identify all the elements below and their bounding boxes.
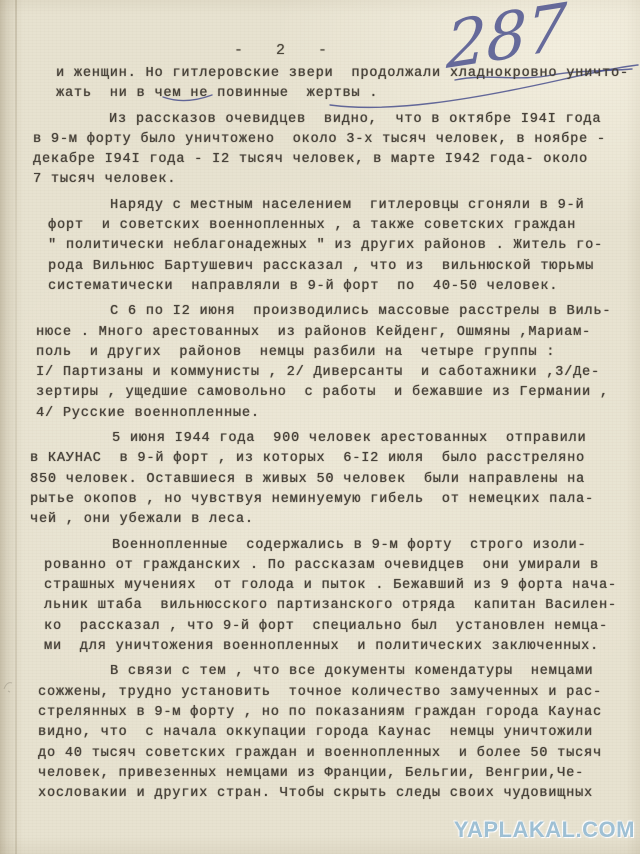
typed-line: льник штаба вильнюсского партизанского о… xyxy=(44,596,616,616)
typed-line: 850 человек. Оставшиеся в живых 50 челов… xyxy=(30,470,616,490)
typed-line: рытье окопов , но чувствуя неминуемую ги… xyxy=(30,490,616,510)
paragraph-6: Военнопленные содержались в 9-м форту ст… xyxy=(44,536,616,658)
paragraph-1: и женщин. Но гитлеровские звери продолжа… xyxy=(56,64,616,105)
paragraph-3: Наряду с местным населением гитлеровцы с… xyxy=(48,196,616,297)
typed-line: Наряду с местным населением гитлеровцы с… xyxy=(48,196,616,216)
typed-line: страшных мучениях от голода и пыток . Бе… xyxy=(44,576,616,596)
paragraph-7: В связи с тем , что все документы коменд… xyxy=(38,662,616,804)
typed-line: систематически направляли в 9-й форт по … xyxy=(48,277,616,297)
typed-line: рода Вильнюс Бартушевич рассказал , что … xyxy=(48,257,616,277)
typed-line: сожжены, трудно установить точное количе… xyxy=(38,683,616,703)
typed-line: и женщин. Но гитлеровские звери продолжа… xyxy=(56,64,616,84)
typed-line: нюсе . Много арестованных из районов Кей… xyxy=(36,323,616,343)
typed-line: до 40 тысяч советских граждан и военнопл… xyxy=(38,744,616,764)
typed-line: форт и советских военнопленных , а также… xyxy=(48,216,616,236)
paragraph-5: 5 июня I944 года 900 человек арестованны… xyxy=(30,429,616,530)
typed-line: 5 июня I944 года 900 человек арестованны… xyxy=(30,429,616,449)
watermark-yaplakal: YAPLAKAL.COM xyxy=(454,817,635,843)
paragraph-4: С 6 по I2 июня производились массовые ра… xyxy=(36,302,616,424)
typed-line: зертиры , ущедшие самовольно с работы и … xyxy=(36,383,616,403)
paragraph-2: Из рассказов очевидцев видно, что в октя… xyxy=(33,110,616,191)
typed-line: стрелянных в 9-м форту , но по показания… xyxy=(38,703,616,723)
typed-line: декабре I94I года - I2 тысяч человек, в … xyxy=(33,150,616,170)
typed-line: поль и других районов немцы разбили на ч… xyxy=(36,343,616,363)
typed-line: человек, привезенных немцами из Франции,… xyxy=(38,764,616,784)
typed-line: " политически неблагонадежных " из други… xyxy=(48,236,616,256)
typed-line: Военнопленные содержались в 9-м форту ст… xyxy=(44,536,616,556)
typed-text: и женщин. Но гитлеровские звери продолжа… xyxy=(0,64,616,809)
typed-line: С 6 по I2 июня производились массовые ра… xyxy=(36,302,616,322)
typed-line: I/ Партизаны и коммунисты , 2/ Диверсант… xyxy=(36,363,616,383)
typed-line: в 9-м форту было уничтожено около 3-х ты… xyxy=(33,130,616,150)
typed-line: чей , они убежали в леса. xyxy=(30,510,616,530)
typed-line: видно, что с начала оккупации города Кау… xyxy=(38,723,616,743)
typed-line: хословакии и других стран. Чтобы скрыть … xyxy=(38,784,616,804)
typed-line: Из рассказов очевидцев видно, что в октя… xyxy=(33,110,616,130)
typed-line: 7 тысяч человек. xyxy=(33,170,616,190)
typed-line: 4/ Русские военнопленные. xyxy=(36,404,616,424)
typed-line: рованно от гражданских . По рассказам оч… xyxy=(44,556,616,576)
typed-line: В связи с тем , что все документы коменд… xyxy=(38,662,616,682)
typed-line: жать ни в чем не повинные жертвы . xyxy=(56,84,616,104)
typed-line: ко рассказал , что 9-й форт специально б… xyxy=(44,617,616,637)
typed-line: в КАУНАС в 9-й форт , из которых 6-I2 ию… xyxy=(30,449,616,469)
page-number: - 2 - xyxy=(234,42,339,59)
typed-line: ми для уничтожения военнопленных и полит… xyxy=(44,637,616,657)
document-page: - 2 - 287 и женщин. Но гитлеровские звер… xyxy=(0,0,640,854)
